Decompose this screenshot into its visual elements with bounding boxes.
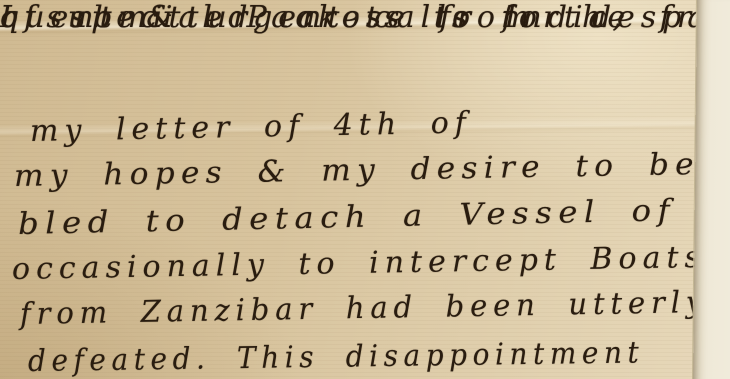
scan-backdrop-strip xyxy=(692,0,730,379)
manuscript-photo: my letter of 4th of my hopes & my desire… xyxy=(0,0,730,379)
handwriting-line: defeated. This disappointment xyxy=(28,335,645,379)
handwriting-line: of special Packets to India, xyxy=(0,0,628,36)
